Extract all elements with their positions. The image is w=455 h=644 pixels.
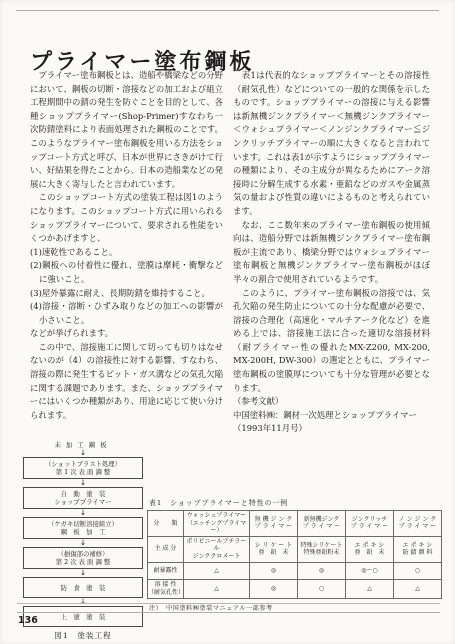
flowchart-step-surface-prep-2: （損傷部の補修） 第 2 次 表 面 調 整 [23, 547, 143, 569]
top-divider [16, 10, 439, 11]
flowchart-step-note: （損傷部の補修） [25, 550, 141, 558]
table-row-classification: 分 類 ウォッシュプライマー （エッチングプライマー） 無 機 ジ ン ク プ … [148, 511, 442, 537]
table-title: 表1 ショッププライマーと特性の一例 [149, 497, 441, 507]
rating-cell: ◎〜○ [346, 562, 394, 579]
paragraph: プライマー塗布鋼板とは、造船や橋梁などの分野において、鋼板の切断・溶接などの加工… [30, 69, 223, 191]
paragraph: 表1は代表的なショッププライマーとその溶接性（耐気孔性）などについての一般的な関… [233, 69, 430, 219]
down-arrow-icon: ↓ [23, 598, 143, 606]
flowchart-step-steel-working: （ケガキ切断溶接組立） 鋼 板 加 工 [23, 517, 143, 539]
primer-properties-table: 分 類 ウォッシュプライマー （エッチングプライマー） 無 機 ジ ン ク プ … [147, 510, 442, 599]
rating-cell: ○ [394, 562, 442, 579]
main-component-cell: ポリビニールブチラール ジンククロメート [184, 536, 250, 562]
list-item: (2)鋼板への付着性に優れ、塗膜は摩耗・衝撃などに強いこと。 [30, 259, 223, 286]
rating-cell: ◎ [298, 562, 346, 579]
rating-cell: △ [184, 579, 250, 598]
page-number: 136 [18, 615, 38, 626]
flowchart-step-label: 第 1 次 表 面 調 整 [25, 468, 141, 476]
left-text-column: プライマー塗布鋼板とは、造船や橋梁などの分野において、鋼板の切断・溶接などの加工… [30, 69, 223, 422]
row-label: 分 類 [148, 511, 184, 537]
flowchart-step-label: 第 2 次 表 面 調 整 [25, 558, 141, 566]
flowchart-step-auto-coating: 自 動 塗 装 ショッププライマー [23, 487, 143, 509]
table-row-exposure: 耐暴露性 △ ◎ ◎ ◎〜○ ○ [148, 562, 442, 579]
rating-cell: ◎ [250, 562, 298, 579]
flowchart-step-anticorrosive-coating: 防 食 塗 装 [23, 577, 143, 598]
paragraph: このように、プライマー塗布鋼板の溶接では、気孔欠陥の発生防止についての十分な配慮… [233, 287, 430, 396]
list-item: (1)速乾性であること。 [30, 246, 223, 260]
reference-date: （1993年11月号） [233, 422, 430, 436]
reference-heading: （参考文献） [233, 395, 430, 409]
primer-name-cell: ウォッシュプライマー （エッチングプライマー） [184, 511, 250, 537]
paragraph: などが挙げられます。 [30, 327, 223, 341]
down-arrow-icon: ↓ [23, 539, 143, 547]
main-component-cell: エ ポ キ シ 亜 鉛 末 [346, 536, 394, 562]
rating-cell: △ [394, 579, 442, 598]
paragraph: なお、ここ数年来のプライマー塗布鋼板の使用傾向は、造船分野では新無機ジンクプライ… [233, 219, 430, 287]
footer-divider [17, 603, 440, 604]
down-arrow-icon: ↓ [23, 509, 143, 517]
right-text-column: 表1は代表的なショッププライマーとその溶接性（耐気孔性）などについての一般的な関… [233, 69, 430, 436]
flowchart-step-top-coating: 上 塗 塗 装 [23, 606, 143, 627]
row-label: 耐暴露性 [148, 562, 184, 579]
flowchart-step-label: 自 動 塗 装 [25, 490, 141, 498]
primer-name-cell: ノ ン ジ ン ク プ ラ イ マ ー [394, 511, 442, 537]
table-row-weldability: 溶 接 性 （耐気孔性） △ ◎ ○ △ △ [148, 579, 442, 598]
paragraph: この中で、溶接施工に関して切っても切りはなせないのが（4）の溶接性に対する影響、… [30, 341, 223, 423]
primer-table-section: 表1 ショッププライマーと特性の一例 分 類 ウォッシュプライマー （エッチング… [147, 497, 441, 612]
main-component-cell: エ ポ キ シ 防 錆 顔 料 [394, 536, 442, 562]
down-arrow-icon: ↓ [23, 479, 143, 487]
main-component-cell: シ リ ケ ー ト 亜 鉛 末 [250, 536, 298, 562]
paragraph: このショップコート方式の塗装工程は図1のようになります。このショップコート方式に… [30, 191, 223, 245]
down-arrow-icon: ↓ [23, 449, 143, 457]
footer-divider [17, 612, 440, 613]
figure-coating-process: 未加工鋼板 ↓ （ショットブラスト処理） 第 1 次 表 面 調 整 ↓ 自 動… [23, 441, 143, 640]
figure-caption: 図1 塗装工程 [23, 632, 143, 640]
rating-cell: ◎ [250, 579, 298, 598]
down-arrow-icon: ↓ [23, 569, 143, 577]
rating-cell: △ [184, 562, 250, 579]
row-label: 主 成 分 [148, 536, 184, 562]
flowchart-step-note: ショッププライマー [25, 498, 141, 506]
flowchart-step-surface-prep-1: （ショットブラスト処理） 第 1 次 表 面 調 整 [23, 457, 143, 479]
list-item: (3)屋外暴露に耐え、長期防錆を維持すること。 [30, 287, 223, 301]
primer-name-cell: 無 機 ジ ン ク プ ラ イ マ ー [250, 511, 298, 537]
flowchart-step-note: （ケガキ切断溶接組立） [25, 520, 141, 528]
flowchart-step-note: （ショットブラスト処理） [25, 460, 141, 468]
document-page: プライマー塗布鋼板 プライマー塗布鋼板とは、造船や橋梁などの分野において、鋼板の… [0, 0, 455, 644]
row-label: 溶 接 性 （耐気孔性） [148, 579, 184, 598]
primer-name-cell: 新無機ジンク プ ラ イ マ ー [298, 511, 346, 537]
main-component-cell: 特殊シリケート 特殊亜鉛粉末 [298, 536, 346, 562]
flowchart-step-label: 上 塗 塗 装 [25, 613, 141, 621]
flowchart-step-label: 鋼 板 加 工 [25, 528, 141, 536]
rating-cell: ○ [298, 579, 346, 598]
list-item: (4)溶接・溶断・ひずみ取りなどの加工への影響が小さいこと。 [30, 300, 223, 327]
flowchart-step-label: 防 食 塗 装 [25, 584, 141, 592]
primer-name-cell: ジンクリッチ プ ラ イ マ ー [346, 511, 394, 537]
rating-cell: △ [346, 579, 394, 598]
reference-entry: 中国塗料㈱：鋼材一次処理とショッププライマー [233, 409, 430, 423]
table-row-main-component: 主 成 分 ポリビニールブチラール ジンククロメート シ リ ケ ー ト 亜 鉛… [148, 536, 442, 562]
